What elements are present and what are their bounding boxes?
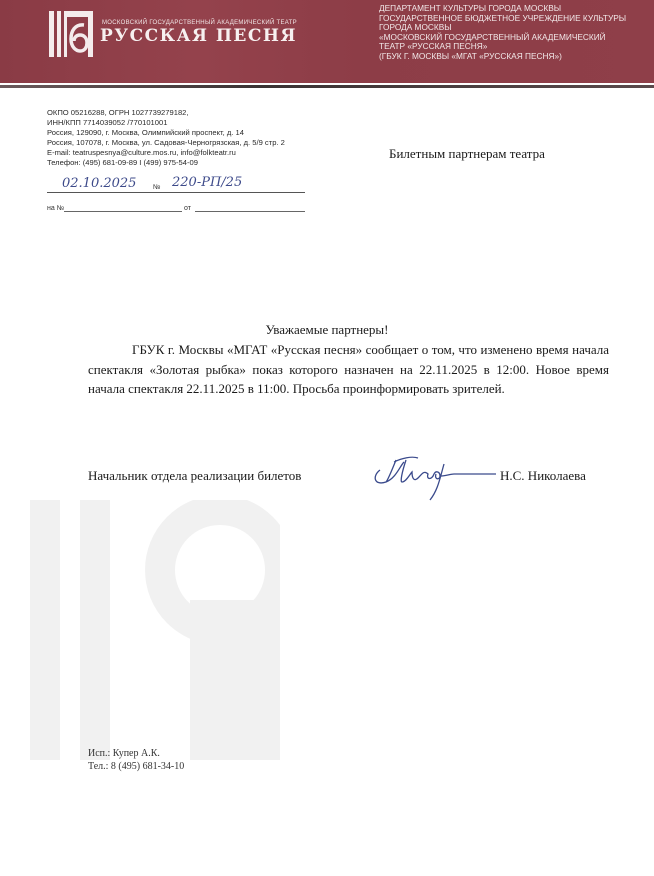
addressee: Билетным партнерам театра xyxy=(389,146,545,162)
executor-block: Исп.: Купер А.К. Тел.: 8 (495) 681-34-10 xyxy=(88,747,184,773)
signatory-title: Начальник отдела реализации билетов xyxy=(88,468,301,484)
executor-phone: Тел.: 8 (495) 681-34-10 xyxy=(88,760,184,773)
department-block: ДЕПАРТАМЕНТ КУЛЬТУРЫ ГОРОДА МОСКВЫ ГОСУД… xyxy=(379,4,626,62)
executor-name: Исп.: Купер А.К. xyxy=(88,747,184,760)
number-label: № xyxy=(153,184,161,191)
organization-requisites: ОКПО 05216288, ОГРН 1027739279182, ИНН/К… xyxy=(47,108,285,168)
signature-icon xyxy=(366,452,496,502)
theatre-logo-icon xyxy=(49,11,93,57)
department-line: (ГБУК Г. МОСКВЫ «МГАТ «РУССКАЯ ПЕСНЯ») xyxy=(379,52,626,62)
requisite-line: ОКПО 05216288, ОГРН 1027739279182, xyxy=(47,108,285,118)
ref-number-label: на № xyxy=(47,205,64,212)
requisite-line: Россия, 107078, г. Москва, ул. Садовая-Ч… xyxy=(47,138,285,148)
requisite-line: E-mail: teatruspesnya@culture.mos.ru, in… xyxy=(47,148,285,158)
salutation: Уважаемые партнеры! xyxy=(0,322,654,338)
ref-from-label: от xyxy=(184,205,191,212)
ref-number-line xyxy=(64,211,182,212)
letterhead-band: Московский государственный академический… xyxy=(0,0,654,83)
letter-body: ГБУК г. Москвы «МГАТ «Русская песня» соо… xyxy=(88,340,609,399)
requisite-line: Россия, 129090, г. Москва, Олимпийский п… xyxy=(47,128,285,138)
requisite-line: Телефон: (495) 681-09-89 I (499) 975-54-… xyxy=(47,158,285,168)
signatory-name: Н.С. Николаева xyxy=(500,468,586,484)
logo-title: РУССКАЯ ПЕСНЯ xyxy=(100,26,297,46)
registration-date: 02.10.2025 xyxy=(62,176,136,191)
logo-watermark-icon xyxy=(20,500,280,760)
ref-date-line xyxy=(195,211,305,212)
header-divider xyxy=(0,85,654,88)
registration-number: 220-РП/25 xyxy=(172,175,242,190)
requisite-line: ИНН/КПП 7714039052 /770101001 xyxy=(47,118,285,128)
